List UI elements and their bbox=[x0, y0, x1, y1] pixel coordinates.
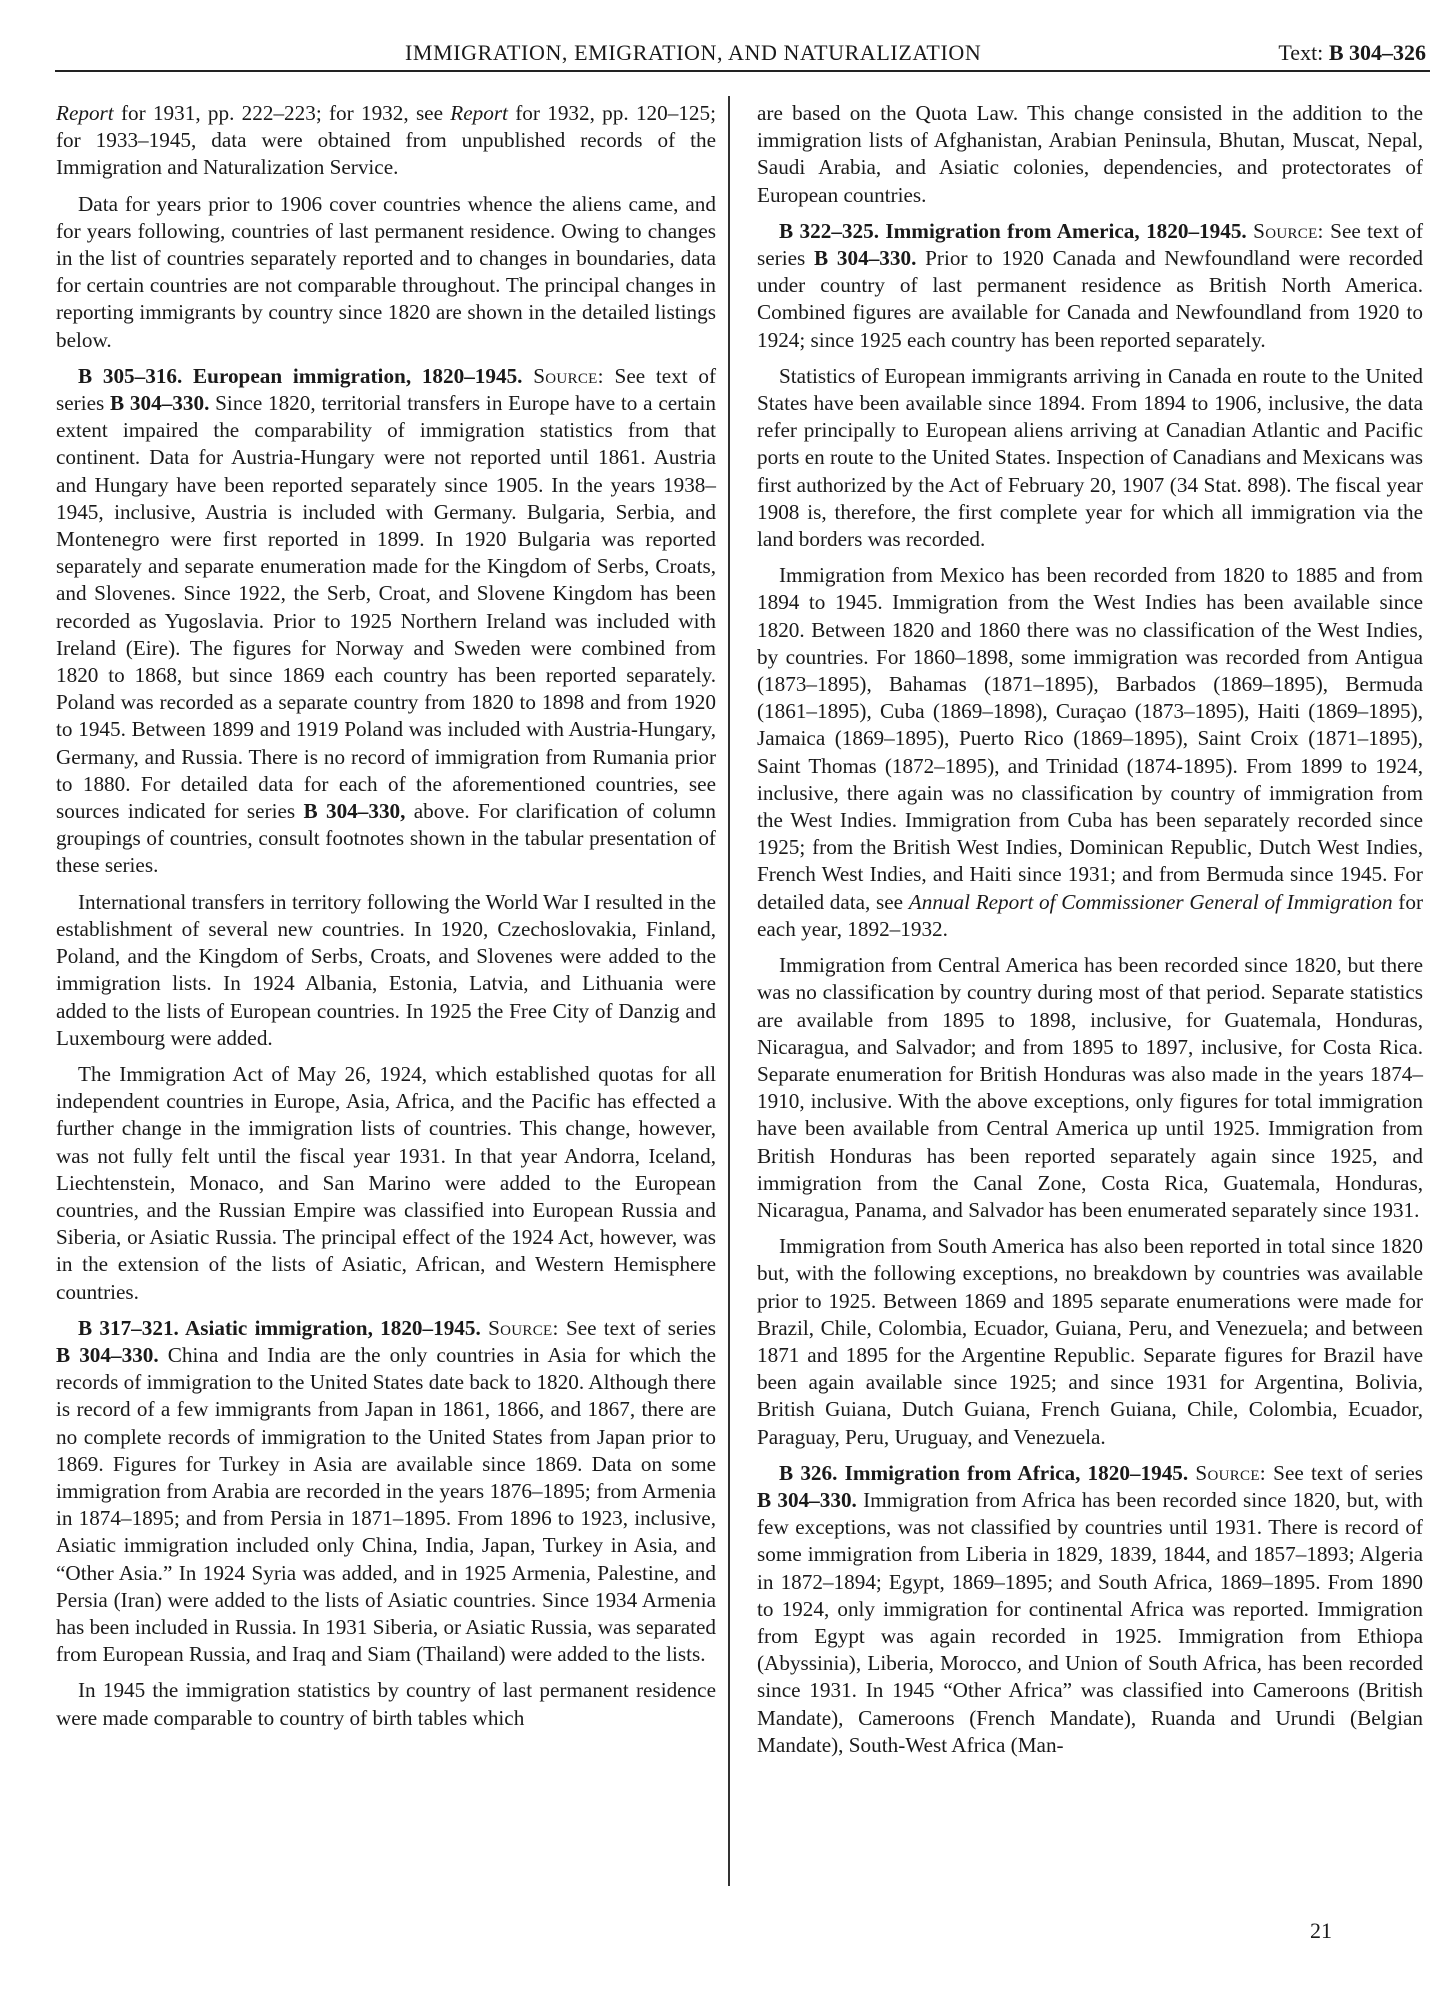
paragraph-mexico-west-indies: Immigration from Mexico has been recorde… bbox=[757, 562, 1423, 943]
running-head-title: IMMIGRATION, EMIGRATION, AND NATURALIZAT… bbox=[405, 40, 981, 66]
italic-annual-report: Annual Report of Commissioner General of… bbox=[909, 890, 1393, 914]
source-label: Source: bbox=[1253, 219, 1324, 243]
source-label: Source: bbox=[533, 364, 604, 388]
source-label: Source: bbox=[1195, 1461, 1266, 1485]
paragraph-european-immigration: B 305–316. European immigration, 1820–19… bbox=[56, 363, 716, 880]
paragraph-asiatic-immigration: B 317–321. Asiatic immigration, 1820–194… bbox=[56, 1315, 716, 1669]
italic-report: Report bbox=[56, 101, 114, 125]
text-run: for 1931, pp. 222–223; for 1932, see bbox=[114, 101, 451, 125]
paragraph-1945-statistics: In 1945 the immigration statistics by co… bbox=[56, 1677, 716, 1731]
text-run: Immigration from Africa has been recorde… bbox=[757, 1488, 1423, 1757]
paragraph-canada-en-route: Statistics of European immigrants arrivi… bbox=[757, 363, 1423, 553]
text-run: See text of series bbox=[1266, 1461, 1423, 1485]
series-ref: B 304–330. bbox=[56, 1343, 159, 1367]
right-column: are based on the Quota Law. This change … bbox=[757, 100, 1423, 1768]
source-label: Source: bbox=[488, 1316, 559, 1340]
paragraph-report-sources: Report for 1931, pp. 222–223; for 1932, … bbox=[56, 100, 716, 182]
paragraph-data-prior-1906: Data for years prior to 1906 cover count… bbox=[56, 191, 716, 354]
text-run: China and India are the only countries i… bbox=[56, 1343, 716, 1666]
page-number: 21 bbox=[1310, 1918, 1332, 1944]
section-reference-prefix: Text: bbox=[1278, 40, 1323, 65]
paragraph-immigration-act-1924: The Immigration Act of May 26, 1924, whi… bbox=[56, 1061, 716, 1306]
paragraph-america-immigration: B 322–325. Immigration from America, 182… bbox=[757, 218, 1423, 354]
series-heading: B 317–321. Asiatic immigration, 1820–194… bbox=[78, 1316, 481, 1340]
series-heading: B 305–316. European immigration, 1820–19… bbox=[78, 364, 522, 388]
series-ref: B 304–330. bbox=[110, 391, 209, 415]
column-divider bbox=[728, 96, 730, 1886]
section-reference-code: B 304–326 bbox=[1329, 40, 1426, 65]
text-run: Since 1820, territorial transfers in Eur… bbox=[56, 391, 716, 823]
paragraph-south-america: Immigration from South America has also … bbox=[757, 1233, 1423, 1451]
series-heading: B 326. Immigration from Africa, 1820–194… bbox=[779, 1461, 1188, 1485]
paragraph-quota-law: are based on the Quota Law. This change … bbox=[757, 100, 1423, 209]
italic-report: Report bbox=[450, 101, 508, 125]
series-ref: B 304–330. bbox=[757, 1488, 857, 1512]
text-run: Immigration from Mexico has been recorde… bbox=[757, 563, 1423, 913]
text-run: See text of series bbox=[559, 1316, 716, 1340]
paragraph-international-transfers: International transfers in territory fol… bbox=[56, 889, 716, 1052]
section-reference: Text: B 304–326 bbox=[1278, 40, 1426, 66]
header-rule bbox=[55, 70, 1430, 72]
running-head: IMMIGRATION, EMIGRATION, AND NATURALIZAT… bbox=[55, 38, 1428, 70]
left-column: Report for 1931, pp. 222–223; for 1932, … bbox=[56, 100, 716, 1741]
paragraph-africa-immigration: B 326. Immigration from Africa, 1820–194… bbox=[757, 1460, 1423, 1759]
series-ref: B 304–330, bbox=[304, 799, 406, 823]
series-ref: B 304–330. bbox=[814, 246, 916, 270]
paragraph-central-america: Immigration from Central America has bee… bbox=[757, 952, 1423, 1224]
series-heading: B 322–325. Immigration from America, 182… bbox=[779, 219, 1247, 243]
